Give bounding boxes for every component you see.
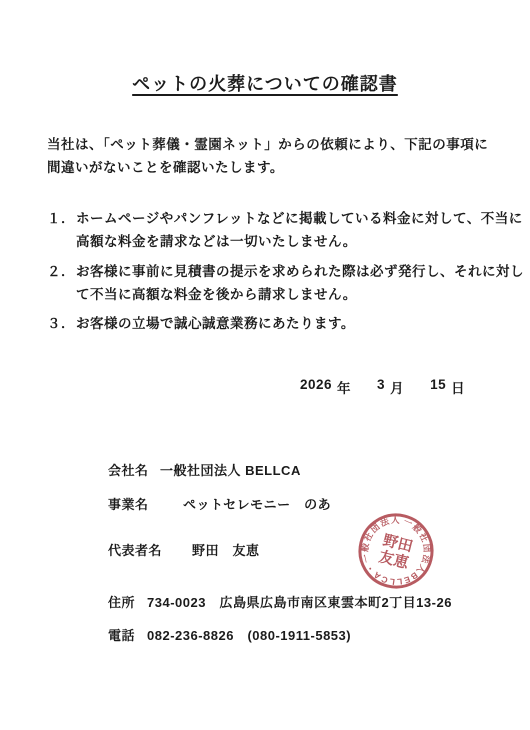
field-label: 住所 — [108, 592, 147, 611]
date-month: 3月 — [377, 377, 404, 397]
field-address: 住所 734-0023 広島県広島市南区東雲本町2丁目13-26 — [108, 592, 452, 611]
date-day: 15日 — [430, 377, 465, 397]
field-value: 野田 友恵 — [192, 540, 260, 559]
list-item-1: １．ホームページやパンフレットなどに掲載している料金に対して、不当に高額な料金を… — [47, 207, 528, 253]
list-item-3: ３．お客様の立場で誠心誠意業務にあたります。 — [47, 312, 528, 335]
item-text: お客様に事前に見積書の提示を求められた際は必ず発行し、それに対して不当に高額な料… — [76, 264, 524, 302]
document-title: ペットの火葬についての確認書 — [0, 70, 530, 96]
field-representative-name: 代表者名 野田 友恵 — [108, 540, 260, 559]
item-text: お客様の立場で誠心誠意業務にあたります。 — [76, 316, 355, 331]
field-label: 代表者名 — [108, 540, 192, 559]
field-label: 事業名 — [108, 494, 183, 513]
field-company-name: 会社名 一般社団法人 BELLCA — [108, 460, 301, 479]
field-value: 082-236-8826 (080-1911-5853) — [147, 625, 351, 644]
item-text: ホームページやパンフレットなどに掲載している料金に対して、不当に高額な料金を請求… — [76, 211, 523, 249]
field-label: 会社名 — [108, 460, 160, 479]
field-value: 一般社団法人 BELLCA — [160, 460, 301, 479]
field-phone: 電話 082-236-8826 (080-1911-5853) — [108, 625, 351, 644]
field-value: ペットセレモニー のあ — [183, 494, 331, 513]
intro-paragraph: 当社は、「ペット葬儀・霊園ネット」からの依頼により、下記の事項に間違いがないこと… — [47, 133, 493, 179]
date-line: 2026年 3月 15日 — [300, 377, 465, 397]
field-label: 電話 — [108, 625, 147, 644]
company-seal-stamp: 一般社団法人BELLCA・一般社団法人BELLCA・ 野田 友恵 — [348, 503, 445, 600]
confirmation-document: ペットの火葬についての確認書 当社は、「ペット葬儀・霊園ネット」からの依頼により… — [0, 0, 530, 730]
item-number: ２． — [47, 260, 76, 283]
list-item-2: ２．お客様に事前に見積書の提示を求められた際は必ず発行し、それに対して不当に高額… — [47, 260, 528, 306]
field-business-name: 事業名 ペットセレモニー のあ — [108, 494, 331, 513]
item-number: １． — [47, 207, 76, 230]
item-number: ３． — [47, 312, 76, 335]
date-year: 2026年 — [300, 377, 351, 397]
